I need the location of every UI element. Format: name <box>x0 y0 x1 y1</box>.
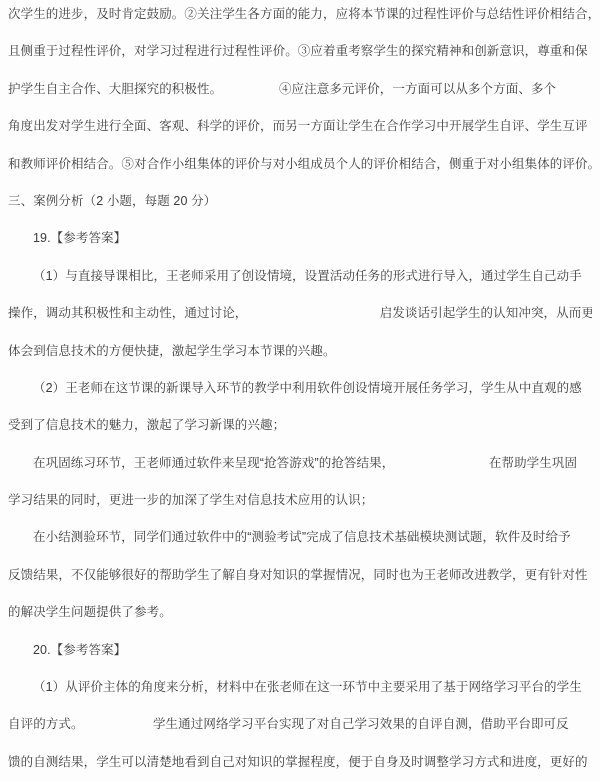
answer-20-label: 20.【参考答案】 <box>8 632 592 669</box>
doc-line: 反馈结果，不仅能够很好的帮助学生了解自身对知识的掌握情况，同时也为王老师改进教学… <box>8 557 592 594</box>
doc-line: 学习结果的同时，更进一步的加深了学生对信息技术应用的认识； <box>8 482 592 519</box>
doc-line: 和教师评价相结合。⑤对合作小组集体的评价与对小组成员个人的评价相结合，侧重于对小… <box>8 146 592 183</box>
answer-sheet: 次学生的进步，及时肯定鼓励。②关注学生各方面的能力，应将本节课的过程性评价与总结… <box>0 0 600 781</box>
doc-line: 受到了信息技术的魅力，激起了学习新课的兴趣； <box>8 407 592 444</box>
doc-line: 的解决学生问题提供了参考。 <box>8 594 592 631</box>
doc-line: 且侧重于过程性评价，对学习过程进行过程性评价。③应着重考察学生的探究精神和创新意… <box>8 33 592 70</box>
doc-line: 在小结测验环节，同学们通过软件中的“测验考试”完成了信息技术基础模块测试题，软件… <box>8 519 592 556</box>
doc-line: 馈的自测结果，学生可以清楚地看到自己对知识的掌握程度，便于自身及时调整学习方式和… <box>8 744 592 781</box>
answer-19-label: 19.【参考答案】 <box>8 220 592 257</box>
doc-line: （1）从评价主体的角度来分析，材料中在张老师在这一环节中主要采用了基于网络学习平… <box>8 669 592 706</box>
doc-line: 自评的方式。 学生通过网络学习平台实现了对自己学习效果的自评自测，借助平台即可反 <box>8 706 592 743</box>
page: { "page": { "background": "#fdfdfd", "te… <box>0 0 600 781</box>
doc-line: 次学生的进步，及时肯定鼓励。②关注学生各方面的能力，应将本节课的过程性评价与总结… <box>8 0 592 33</box>
doc-line: （1）与直接导课相比，王老师采用了创设情境，设置活动任务的形式进行导入，通过学生… <box>8 258 592 295</box>
section-heading: 三、案例分析（2 小题，每题 20 分） <box>8 183 592 220</box>
doc-line: （2）王老师在这节课的新课导入环节的教学中利用软件创设情境开展任务学习，学生从中… <box>8 370 592 407</box>
doc-line: 在巩固练习环节，王老师通过软件来呈现“抢答游戏”的抢答结果， 在帮助学生巩固 <box>8 445 592 482</box>
doc-line: 角度出发对学生进行全面、客观、科学的评价，而另一方面让学生在合作学习中开展学生自… <box>8 108 592 145</box>
doc-line: 体会到信息技术的方便快捷，激起学生学习本节课的兴趣。 <box>8 333 592 370</box>
doc-line: 操作，调动其积极性和主动性，通过讨论， 启发谈话引起学生的认知冲突，从而更直接的 <box>8 295 592 332</box>
doc-line: 护学生自主合作、大胆探究的积极性。 ④应注意多元评价，一方面可以从多个方面、多个 <box>8 71 592 108</box>
